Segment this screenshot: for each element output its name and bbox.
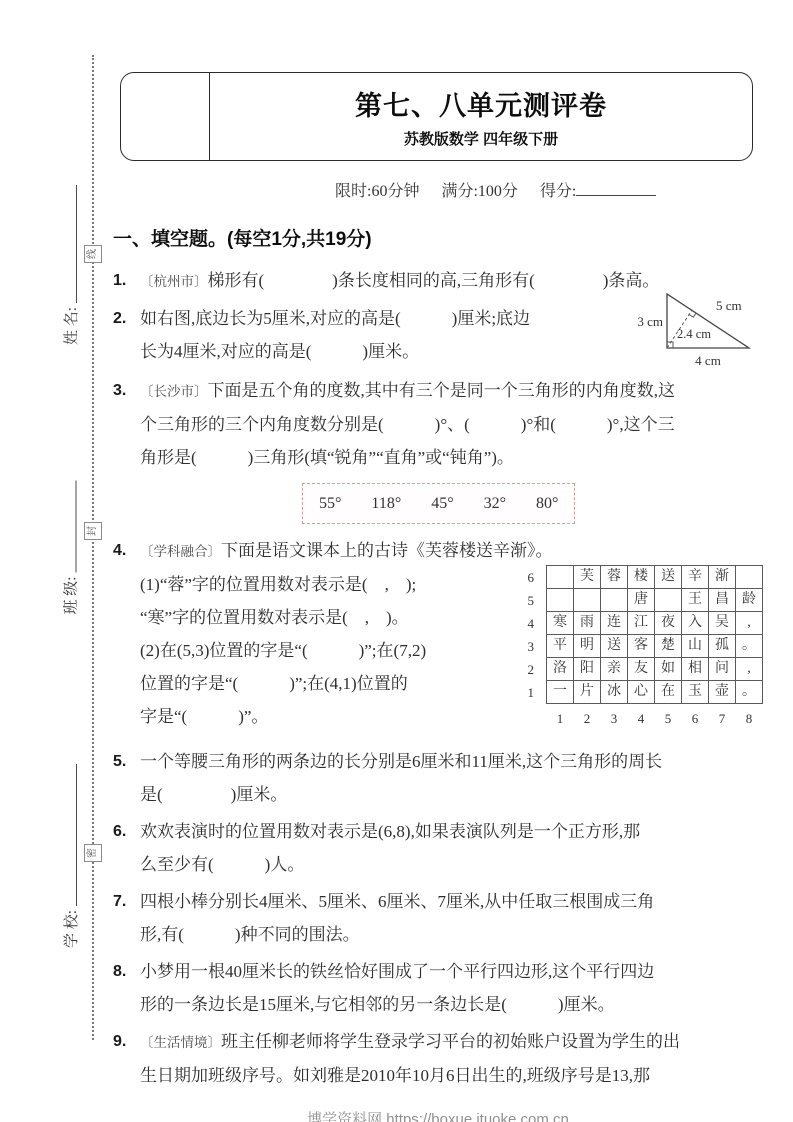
question-text: 么至少有( )人。 bbox=[140, 855, 304, 874]
question-text: 下面是语文课本上的古诗《芙蓉楼送辛渐》。 bbox=[221, 541, 553, 560]
poem-grid-row: 6芙蓉楼送辛渐 bbox=[521, 566, 763, 589]
seal-char: 密 bbox=[88, 848, 98, 858]
site-url-link[interactable]: https://boxue.ituoke.com.cn bbox=[386, 1111, 569, 1122]
question-text: 角形是( )三角形(填“锐角”“直角”或“钝角”)。 bbox=[140, 448, 514, 467]
poem-cell: 王 bbox=[682, 589, 709, 612]
poem-cell: 楚 bbox=[655, 635, 682, 658]
poem-grid-table: 6芙蓉楼送辛渐5唐王昌龄4寒雨连江夜入吴,3平明送客楚山孤。2洛阳亲友如相问,1… bbox=[521, 565, 764, 728]
poem-grid-row: 5唐王昌龄 bbox=[521, 589, 763, 612]
question-9: 9. 〔生活情境〕班主任柳老师将学生登录学习平台的初始账户设置为学生的出 生日期… bbox=[113, 1025, 763, 1092]
poem-cell: 问 bbox=[709, 658, 736, 681]
poem-cell: 辛 bbox=[682, 566, 709, 589]
poem-cell bbox=[601, 589, 628, 612]
score-blank bbox=[576, 180, 656, 196]
poem-cell: 吴 bbox=[709, 612, 736, 635]
school-field: 学 校: bbox=[60, 748, 80, 948]
question-tag: 〔长沙市〕 bbox=[140, 384, 208, 399]
poem-grid-row: 4寒雨连江夜入吴, bbox=[521, 612, 763, 635]
poem-grid-figure: 6芙蓉楼送辛渐5唐王昌龄4寒雨连江夜入吴,3平明送客楚山孤。2洛阳亲友如相问,1… bbox=[521, 565, 764, 728]
col-label: 4 bbox=[628, 704, 655, 729]
title-box-left-cell bbox=[121, 73, 210, 160]
poem-cell: 壶 bbox=[709, 681, 736, 704]
row-label: 5 bbox=[521, 589, 547, 612]
exam-info-line: 限时:60分钟 满分:100分 得分: bbox=[335, 178, 763, 201]
poem-cell bbox=[574, 589, 601, 612]
poem-cell: 昌 bbox=[709, 589, 736, 612]
class-field-label: 班 级: bbox=[59, 577, 80, 615]
poem-cell: 平 bbox=[547, 635, 574, 658]
angle-value: 118° bbox=[371, 487, 401, 520]
poem-cell: 楼 bbox=[628, 566, 655, 589]
poem-cell: 相 bbox=[682, 658, 709, 681]
col-label: 7 bbox=[709, 704, 736, 729]
poem-cell: 一 bbox=[547, 681, 574, 704]
question-number: 6. bbox=[113, 815, 126, 848]
poem-cell: 孤 bbox=[709, 635, 736, 658]
score-label: 得分: bbox=[540, 178, 656, 201]
question-2: 2. 如右图,底边长为5厘米,对应的高是( )厘米;底边 长为4厘米,对应的高是… bbox=[113, 302, 763, 368]
poem-cell: 如 bbox=[655, 658, 682, 681]
main-content: 第七、八单元测评卷 苏教版数学 四年级下册 限时:60分钟 满分:100分 得分… bbox=[113, 72, 763, 1122]
question-text: (2)在(5,3)位置的字是“( )”;在(7,2) bbox=[140, 641, 426, 660]
question-number: 3. bbox=[113, 374, 126, 407]
col-label: 8 bbox=[736, 704, 763, 729]
poem-cell: 亲 bbox=[601, 658, 628, 681]
question-4: 4. 〔学科融合〕下面是语文课本上的古诗《芙蓉楼送辛渐》。 (1)“蓉”字的位置… bbox=[113, 534, 763, 733]
question-tag: 〔杭州市〕 bbox=[140, 274, 208, 289]
poem-grid-col-labels: 12345678 bbox=[521, 704, 763, 729]
angle-value: 32° bbox=[484, 487, 506, 520]
name-field-blank bbox=[63, 185, 77, 303]
question-number: 5. bbox=[113, 745, 126, 778]
question-text: 四根小棒分别长4厘米、5厘米、6厘米、7厘米,从中任取三根围成三角 bbox=[140, 892, 654, 911]
col-label: 3 bbox=[601, 704, 628, 729]
poem-cell: 龄 bbox=[736, 589, 763, 612]
triangle-hypotenuse-label: 5 cm bbox=[716, 298, 742, 313]
triangle-left-label: 3 cm bbox=[637, 314, 663, 329]
question-text: 小梦用一根40厘米长的铁丝恰好围成了一个平行四边形,这个平行四边 bbox=[140, 962, 654, 981]
exam-paper-page: 线 封 密 姓 名: 班 级: 学 校: 第七、八单元测评卷 苏教版数学 四年级… bbox=[0, 0, 793, 1122]
question-text: 梯形有( )条长度相同的高,三角形有( )条高。 bbox=[208, 271, 660, 290]
seal-char: 线 bbox=[88, 249, 98, 259]
poem-cell bbox=[655, 589, 682, 612]
poem-cell: 蓉 bbox=[601, 566, 628, 589]
name-field-label: 姓 名: bbox=[60, 307, 81, 345]
question-8: 8. 小梦用一根40厘米长的铁丝恰好围成了一个平行四边形,这个平行四边 形的一条… bbox=[113, 955, 763, 1021]
question-text: 欢欢表演时的位置用数对表示是(6,8),如果表演队列是一个正方形,那 bbox=[140, 822, 640, 841]
poem-cell: 入 bbox=[682, 612, 709, 635]
angle-value: 80° bbox=[536, 487, 558, 520]
triangle-altitude-label: 2.4 cm bbox=[677, 327, 711, 341]
col-label: 2 bbox=[574, 704, 601, 729]
paper-title: 第七、八单元测评卷 bbox=[355, 84, 607, 123]
row-label: 4 bbox=[521, 612, 547, 635]
poem-grid-row: 3平明送客楚山孤。 bbox=[521, 635, 763, 658]
poem-cell: 雨 bbox=[574, 612, 601, 635]
triangle-base-label: 4 cm bbox=[695, 353, 721, 368]
question-6: 6. 欢欢表演时的位置用数对表示是(6,8),如果表演队列是一个正方形,那 么至… bbox=[113, 815, 763, 881]
question-text: 长为4厘米,对应的高是( )厘米。 bbox=[140, 342, 419, 361]
question-text: 班主任柳老师将学生登录学习平台的初始账户设置为学生的出 bbox=[221, 1032, 680, 1051]
seal-dotted-line bbox=[92, 55, 94, 1040]
class-field-blank bbox=[63, 481, 77, 573]
poem-cell: 。 bbox=[736, 681, 763, 704]
question-text: 个三角形的三个内角度数分别是( )°、( )°和( )°,这个三 bbox=[140, 415, 675, 434]
poem-cell: 唐 bbox=[628, 589, 655, 612]
section-heading: 一、填空题。(每空1分,共19分) bbox=[113, 224, 763, 251]
poem-cell: 送 bbox=[655, 566, 682, 589]
poem-cell: 送 bbox=[601, 635, 628, 658]
poem-cell: , bbox=[736, 612, 763, 635]
name-field: 姓 名: bbox=[60, 155, 80, 345]
poem-cell: 江 bbox=[628, 612, 655, 635]
paper-title-box: 第七、八单元测评卷 苏教版数学 四年级下册 bbox=[120, 72, 753, 161]
question-text: 下面是五个角的度数,其中有三个是同一个三角形的内角度数,这 bbox=[208, 381, 676, 400]
question-7: 7. 四根小棒分别长4厘米、5厘米、6厘米、7厘米,从中任取三根围成三角 形,有… bbox=[113, 885, 763, 951]
site-footer: 博学资料网 https://boxue.ituoke.com.cn bbox=[113, 1108, 763, 1122]
poem-cell: 冰 bbox=[601, 681, 628, 704]
poem-cell: 渐 bbox=[709, 566, 736, 589]
poem-cell: 夜 bbox=[655, 612, 682, 635]
angle-value: 55° bbox=[319, 487, 341, 520]
poem-cell: 明 bbox=[574, 635, 601, 658]
question-text: 如右图,底边长为5厘米,对应的高是( )厘米;底边 bbox=[140, 309, 530, 328]
angle-options-box: 55°118°45°32°80° bbox=[302, 483, 575, 524]
poem-cell: 芙 bbox=[574, 566, 601, 589]
seal-mark-feng: 封 bbox=[84, 522, 102, 540]
question-text: 生日期加班级序号。如刘雅是2010年10月6日出生的,班级序号是13,那 bbox=[140, 1066, 650, 1085]
seal-mark-mi: 密 bbox=[84, 844, 102, 862]
row-label: 2 bbox=[521, 658, 547, 681]
poem-cell: 。 bbox=[736, 635, 763, 658]
question-text: (1)“蓉”字的位置用数对表示是( , ); bbox=[140, 575, 416, 594]
poem-grid-row: 1一片冰心在玉壶。 bbox=[521, 681, 763, 704]
question-number: 8. bbox=[113, 955, 126, 988]
col-label: 6 bbox=[682, 704, 709, 729]
row-label: 3 bbox=[521, 635, 547, 658]
poem-cell bbox=[547, 566, 574, 589]
col-label: 5 bbox=[655, 704, 682, 729]
poem-cell: 连 bbox=[601, 612, 628, 635]
school-field-blank bbox=[63, 764, 77, 906]
question-text: 形的一条边长是15厘米,与它相邻的另一条边长是( )厘米。 bbox=[140, 995, 615, 1014]
poem-cell: 客 bbox=[628, 635, 655, 658]
question-number: 1. bbox=[113, 264, 126, 297]
question-number: 2. bbox=[113, 302, 126, 335]
question-text: 位置的字是“( )”;在(4,1)位置的 bbox=[140, 674, 408, 693]
row-label: 1 bbox=[521, 681, 547, 704]
site-name: 博学资料网 bbox=[307, 1111, 382, 1122]
col-label: 1 bbox=[547, 704, 574, 729]
poem-cell: 山 bbox=[682, 635, 709, 658]
school-field-label: 学 校: bbox=[60, 910, 81, 948]
poem-cell: 心 bbox=[628, 681, 655, 704]
question-number: 4. bbox=[113, 534, 126, 567]
grid-corner bbox=[521, 704, 547, 729]
question-3: 3. 〔长沙市〕下面是五个角的度数,其中有三个是同一个三角形的内角度数,这 个三… bbox=[113, 374, 763, 524]
row-label: 6 bbox=[521, 566, 547, 589]
angle-value: 45° bbox=[431, 487, 453, 520]
question-text: 是( )厘米。 bbox=[140, 785, 287, 804]
time-limit-label: 限时:60分钟 bbox=[335, 178, 419, 201]
full-score-label: 满分:100分 bbox=[441, 178, 517, 201]
poem-cell bbox=[736, 566, 763, 589]
paper-subtitle: 苏教版数学 四年级下册 bbox=[404, 128, 558, 149]
poem-cell: 在 bbox=[655, 681, 682, 704]
poem-cell: 洛 bbox=[547, 658, 574, 681]
poem-cell: , bbox=[736, 658, 763, 681]
seal-mark-line: 线 bbox=[84, 245, 102, 263]
poem-grid-row: 2洛阳亲友如相问, bbox=[521, 658, 763, 681]
question-tag: 〔生活情境〕 bbox=[140, 1035, 221, 1050]
question-tag: 〔学科融合〕 bbox=[140, 544, 221, 559]
question-text: 形,有( )种不同的围法。 bbox=[140, 925, 360, 944]
question-number: 7. bbox=[113, 885, 126, 918]
poem-cell: 玉 bbox=[682, 681, 709, 704]
right-triangle-figure: 3 cm 5 cm 2.4 cm 4 cm bbox=[619, 288, 759, 370]
question-number: 9. bbox=[113, 1025, 126, 1058]
poem-cell: 阳 bbox=[574, 658, 601, 681]
class-field: 班 级: bbox=[60, 430, 80, 615]
poem-cell: 片 bbox=[574, 681, 601, 704]
question-text: “寒”字的位置用数对表示是( , )。 bbox=[140, 608, 409, 627]
question-5: 5. 一个等腰三角形的两条边的长分别是6厘米和11厘米,这个三角形的周长 是( … bbox=[113, 745, 763, 811]
poem-cell bbox=[547, 589, 574, 612]
poem-cell: 寒 bbox=[547, 612, 574, 635]
poem-cell: 友 bbox=[628, 658, 655, 681]
question-text: 字是“( )”。 bbox=[140, 707, 268, 726]
seal-char: 封 bbox=[88, 526, 98, 536]
question-text: 一个等腰三角形的两条边的长分别是6厘米和11厘米,这个三角形的周长 bbox=[140, 752, 662, 771]
